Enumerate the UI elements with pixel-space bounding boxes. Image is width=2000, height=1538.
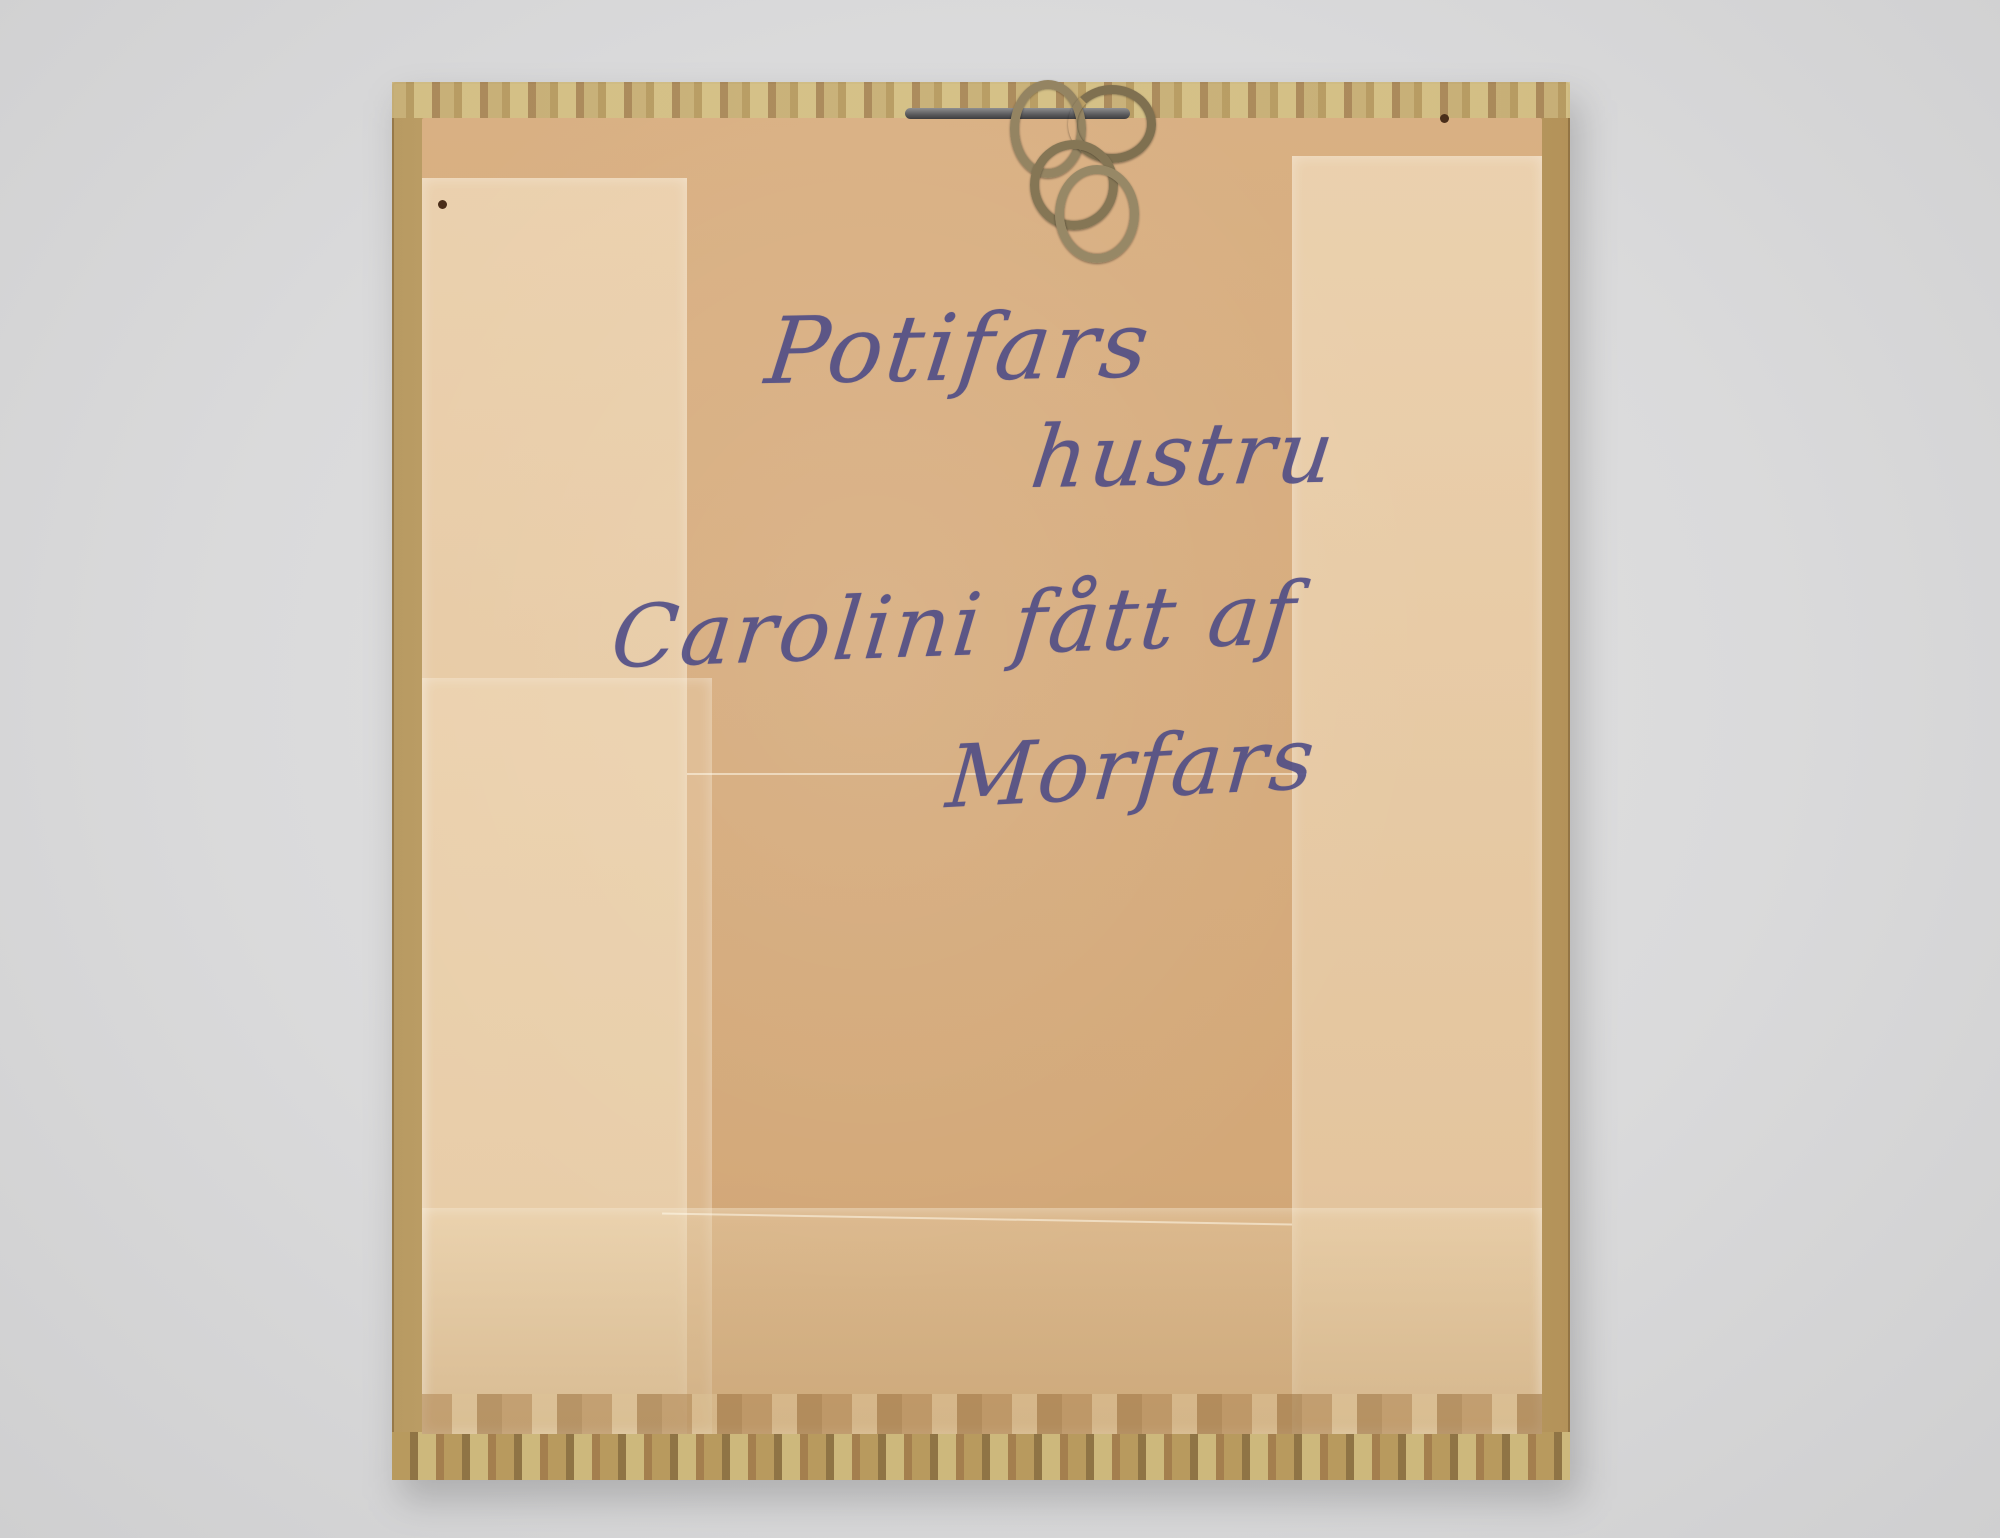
torn-paper-edge xyxy=(422,1394,1542,1434)
inscription-line-2: hustru xyxy=(1026,403,1342,509)
picture-frame: Potifars hustru Carolini fått af Morfars xyxy=(392,82,1570,1480)
nail-hole xyxy=(438,200,447,209)
inscription-line-3: Carolini fått af xyxy=(607,564,1303,688)
tissue-tape-bottom xyxy=(422,1208,1542,1434)
frame-bottom-gilt-edge xyxy=(392,1432,1570,1480)
nail-hole xyxy=(1440,114,1449,123)
inscription-line-1: Potifars xyxy=(760,291,1157,405)
inscription-line-4: Morfars xyxy=(943,708,1322,828)
kraft-paper-backing: Potifars hustru Carolini fått af Morfars xyxy=(422,118,1542,1434)
brass-ring-icon xyxy=(1055,165,1139,263)
